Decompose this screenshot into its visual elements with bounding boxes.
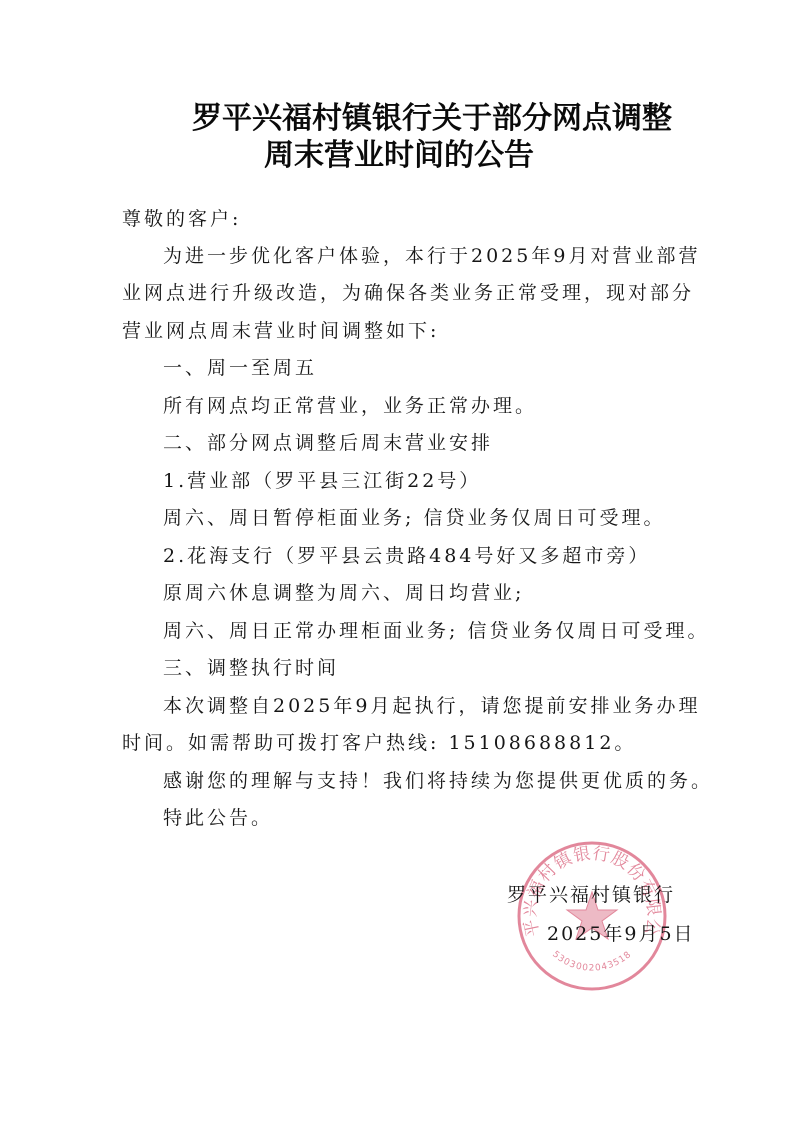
announcement-page: 罗平兴福村镇银行关于部分网点调整 周末营业时间的公告 尊敬的客户: 为进一步优化… bbox=[0, 0, 794, 1123]
salutation: 尊敬的客户: bbox=[122, 207, 241, 231]
signature-date: 2025年9月5日 bbox=[547, 922, 695, 946]
paragraph-line: 本次调整自2025年9月起执行，请您提前安排业务办理 bbox=[163, 694, 700, 718]
section-heading-2: 二、部分网点调整后周末营业安排 bbox=[163, 431, 493, 455]
paragraph-line: 为进一步优化客户体验，本行于2025年9月对营业部营 bbox=[163, 244, 700, 268]
svg-text:5303002043518: 5303002043518 bbox=[550, 950, 634, 974]
section-heading-1: 一、周一至周五 bbox=[163, 356, 317, 380]
official-seal-icon: 罗平兴福村镇银行股份有限公司 5303002043518 bbox=[516, 840, 668, 992]
paragraph-line: 业网点进行升级改造，为确保各类业务正常受理，现对部分 bbox=[122, 281, 694, 305]
paragraph-line: 周六、周日暂停柜面业务; 信贷业务仅周日可受理。 bbox=[163, 506, 665, 530]
title-line-1: 罗平兴福村镇银行关于部分网点调整 bbox=[192, 102, 672, 136]
branch-item-1: 1.营业部（罗平县三江街22号） bbox=[163, 469, 481, 493]
seal-number: 5303002043518 bbox=[550, 950, 634, 974]
paragraph-line: 周六、周日正常办理柜面业务; 信贷业务仅周日可受理。 bbox=[163, 619, 709, 643]
signature-organization: 罗平兴福村镇银行 bbox=[507, 883, 675, 907]
paragraph-line: 所有网点均正常营业，业务正常办理。 bbox=[163, 394, 537, 418]
paragraph-line: 原周六休息调整为周六、周日均营业; bbox=[163, 581, 524, 605]
hotline-line: 时间。如需帮助可拨打客户热线: 15108688812。 bbox=[122, 731, 636, 755]
thanks-line: 感谢您的理解与支持！我们将持续为您提供更优质的务。 bbox=[163, 769, 713, 793]
closing-line: 特此公告。 bbox=[163, 806, 273, 830]
paragraph-line: 营业网点周末营业时间调整如下: bbox=[122, 319, 439, 343]
branch-item-2: 2.花海支行（罗平县云贵路484号好又多超市旁） bbox=[163, 544, 650, 568]
section-heading-3: 三、调整执行时间 bbox=[163, 656, 339, 680]
title-line-2: 周末营业时间的公告 bbox=[264, 139, 534, 173]
